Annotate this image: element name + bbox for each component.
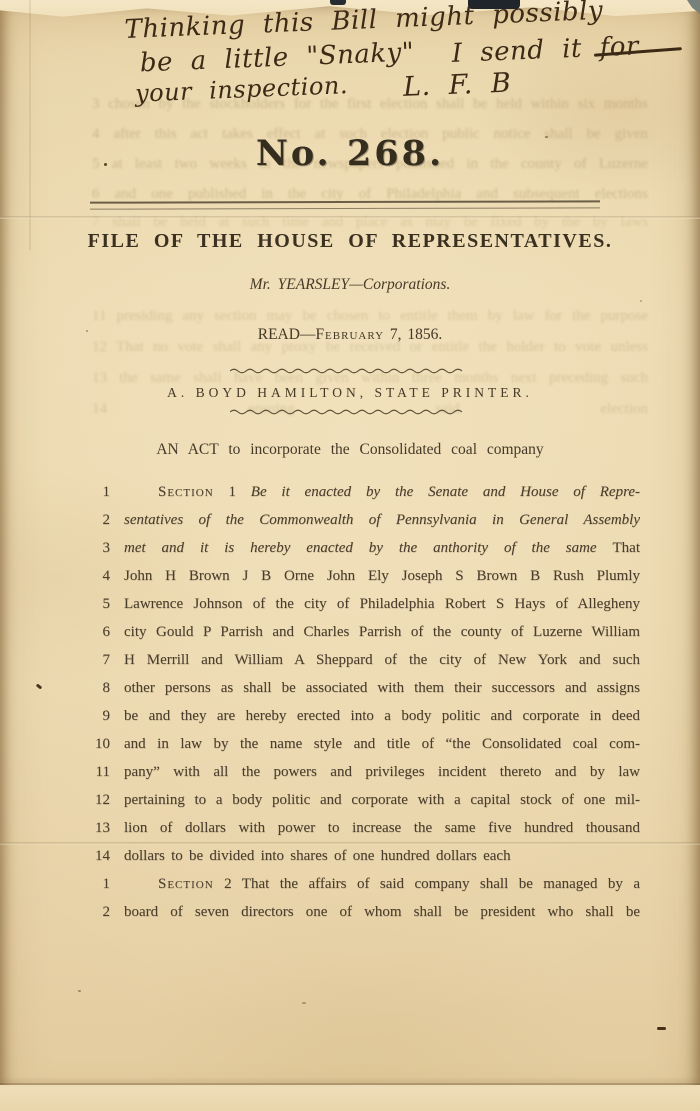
speck — [86, 330, 88, 332]
line-text: Section 1 Be it enacted by the Senate an… — [124, 478, 640, 506]
bill-number: No. 268. — [0, 133, 700, 174]
bill-line: 5Lawrence Johnson of the city of Philade… — [0, 590, 700, 618]
text-segment: Lawrence Johnson of the city of Philadel… — [124, 596, 640, 612]
line-number: 12 — [84, 786, 110, 814]
line-text: sentatives of the Commonwealth of Pennsy… — [124, 506, 640, 534]
line-number: 2 — [84, 506, 110, 534]
double-rule — [90, 200, 600, 209]
bill-line: 14dollars to be divided into shares of o… — [0, 842, 700, 870]
line-number: 1 — [84, 870, 110, 898]
text-segment: Section — [158, 876, 214, 892]
read-line: READ—February 7, 1856. — [0, 326, 700, 344]
text-segment: other persons as shall be associated wit… — [124, 680, 640, 696]
handwritten-line: be a little "Snaky" — [139, 37, 414, 78]
bill-line: 10and in law by the name style and title… — [0, 730, 700, 758]
bill-line: 7H Merrill and William A Sheppard of the… — [0, 646, 700, 674]
act-body: 1Section 1 Be it enacted by the Senate a… — [0, 478, 700, 926]
text-segment: Section — [158, 484, 214, 500]
line-text: other persons as shall be associated wit… — [124, 674, 640, 702]
text-segment: 1 — [214, 484, 251, 500]
bill-line: 6city Gould P Parrish and Charles Parris… — [0, 618, 700, 646]
line-text: board of seven directors one of whom sha… — [124, 898, 640, 926]
bill-line: 13lion of dollars with power to increase… — [0, 814, 700, 842]
line-text: met and it is hereby enacted by the anth… — [124, 534, 640, 562]
text-segment: sentatives of the Commonwealth of Pennsy… — [124, 512, 640, 528]
line-number: 14 — [84, 842, 110, 870]
line-text: Lawrence Johnson of the city of Philadel… — [124, 590, 640, 618]
line-number: 3 — [84, 534, 110, 562]
bill-line: 12pertaining to a body politic and corpo… — [0, 786, 700, 814]
line-number: 7 — [84, 646, 110, 674]
bottom-fold-strip — [0, 1085, 700, 1111]
line-text: be and they are hereby erected into a bo… — [124, 702, 640, 730]
text-segment: 7, 1856. — [384, 326, 442, 343]
line-text: dollars to be divided into shares of one… — [124, 842, 640, 870]
fold-crease — [0, 216, 700, 219]
sponsor-line: Mr. YEARSLEY—Corporations. — [0, 276, 700, 294]
bleed-through-line: 11 presiding any section may be chosen t… — [92, 306, 648, 328]
bill-line: 2board of seven directors one of whom sh… — [0, 898, 700, 926]
bill-line: 1Section 1 Be it enacted by the Senate a… — [0, 478, 700, 506]
line-text: Section 2 That the affairs of said compa… — [124, 870, 640, 898]
text-segment: and in law by the name style and title o… — [124, 736, 640, 752]
speck — [78, 990, 81, 992]
line-number: 8 — [84, 674, 110, 702]
line-text: John H Brown J B Orne John Ely Joseph S … — [124, 562, 640, 590]
bottom-fold-line — [0, 1083, 700, 1085]
speck — [545, 136, 548, 138]
line-number: 9 — [84, 702, 110, 730]
text-segment: city Gould P Parrish and Charles Parrish… — [124, 624, 640, 640]
line-number: 11 — [84, 758, 110, 786]
speck — [104, 163, 107, 166]
handwritten-line: I send it for — [451, 31, 639, 68]
bill-line: 1Section 2 That the affairs of said comp… — [0, 870, 700, 898]
bill-line: 2sentatives of the Commonwealth of Penns… — [0, 506, 700, 534]
handwritten-signature: L. F. B — [403, 68, 512, 103]
line-number: 2 — [84, 898, 110, 926]
speck — [302, 1002, 306, 1004]
bill-document-page: 3 chosen by the stockholders for the fir… — [0, 0, 700, 1111]
act-title: AN ACT to incorporate the Consolidated c… — [0, 441, 700, 459]
line-text: and in law by the name style and title o… — [124, 730, 640, 758]
bill-line: 4John H Brown J B Orne John Ely Joseph S… — [0, 562, 700, 590]
line-text: pany” with all the powers and privileges… — [124, 758, 640, 786]
text-segment: 2 That the affairs of said company shall… — [214, 876, 640, 892]
line-text: lion of dollars with power to increase t… — [124, 814, 640, 842]
line-number: 10 — [84, 730, 110, 758]
bill-line: 3met and it is hereby enacted by the ant… — [0, 534, 700, 562]
wavy-rule — [230, 367, 470, 375]
speck — [657, 1027, 666, 1030]
bill-line: 8other persons as shall be associated wi… — [0, 674, 700, 702]
bill-line: 11pany” with all the powers and privileg… — [0, 758, 700, 786]
wavy-rule — [230, 408, 470, 416]
text-segment: H Merrill and William A Sheppard of the … — [124, 652, 640, 668]
line-number: 13 — [84, 814, 110, 842]
line-number: 5 — [84, 590, 110, 618]
text-segment: dollars to be divided into shares of one… — [124, 848, 511, 864]
line-number: 1 — [84, 478, 110, 506]
text-segment: John H Brown J B Orne John Ely Joseph S … — [124, 568, 640, 584]
line-number: 6 — [84, 618, 110, 646]
line-text: H Merrill and William A Sheppard of the … — [124, 646, 640, 674]
handwritten-note: Thinking this Bill might possibly be a l… — [0, 0, 700, 134]
bill-line: 9be and they are hereby erected into a b… — [0, 702, 700, 730]
text-segment: pertaining to a body politic and corpora… — [124, 792, 640, 808]
text-segment: board of seven directors one of whom sha… — [124, 904, 640, 920]
file-title: FILE OF THE HOUSE OF REPRESENTATIVES. — [0, 230, 700, 253]
text-segment: That — [613, 540, 641, 556]
text-segment: READ— — [258, 326, 316, 343]
text-segment: Be it enacted by the Senate and House of… — [251, 484, 640, 500]
speck — [640, 300, 642, 302]
line-text: city Gould P Parrish and Charles Parrish… — [124, 618, 640, 646]
text-segment: pany” with all the powers and privileges… — [124, 764, 640, 780]
printer-line: A. BOYD HAMILTON, STATE PRINTER. — [0, 385, 700, 401]
text-segment: be and they are hereby erected into a bo… — [124, 708, 640, 724]
text-segment: met and it is hereby enacted by the anth… — [124, 540, 613, 556]
line-number: 4 — [84, 562, 110, 590]
text-segment: lion of dollars with power to increase t… — [124, 820, 640, 836]
line-text: pertaining to a body politic and corpora… — [124, 786, 640, 814]
text-segment: February — [315, 326, 384, 343]
